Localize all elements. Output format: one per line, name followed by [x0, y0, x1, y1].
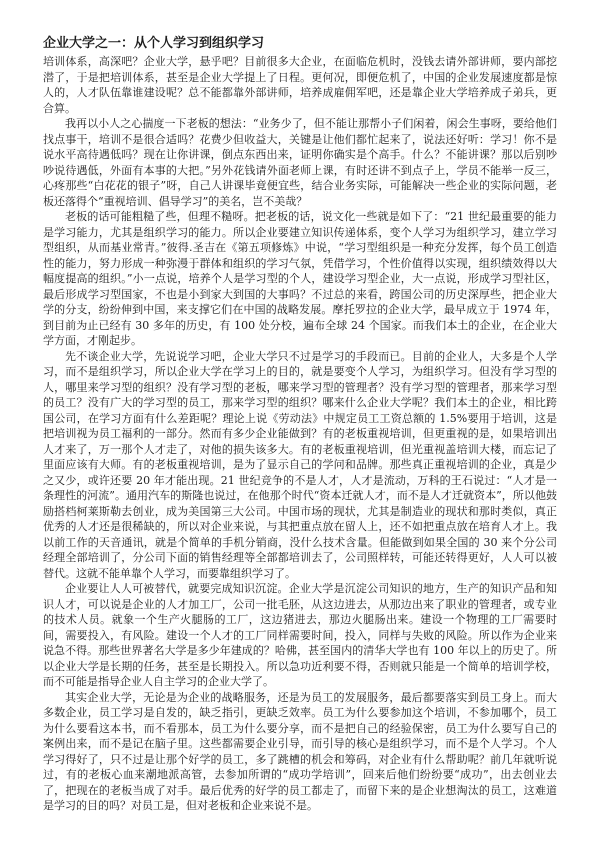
paragraph-5: 企业要让人人可被替代，就要完成知识沉淀。企业大学是沉淀公司知识的地方，生产的知识…	[43, 581, 557, 690]
paragraph-4: 先不谈企业大学，先说说学习吧，企业大学只不过是学习的手段而已。目前的企业人，大多…	[43, 349, 557, 582]
document-page: 企业大学之一：从个人学习到组织学习 培训体系，高深吧？企业大学，悬乎吧？目前很多…	[0, 0, 600, 850]
document-title: 企业大学之一：从个人学习到组织学习	[43, 36, 557, 52]
paragraph-6: 其实企业大学，无论是为企业的战略服务，还是为员工的发展服务，最后都要落实到员工身…	[43, 690, 557, 814]
paragraph-2: 我再以小人之心揣度一下老板的想法：“业务少了，但不能让那帮小子们闲着，闲会生事呀…	[43, 116, 557, 209]
paragraph-3: 老板的话可能粗糙了些，但理不糙呀。把老板的话，说文化一些就是如下了：“21 世纪…	[43, 209, 557, 349]
paragraph-1: 培训体系，高深吧？企业大学，悬乎吧？目前很多大企业，在面临危机时，没钱去请外部讲…	[43, 54, 557, 116]
